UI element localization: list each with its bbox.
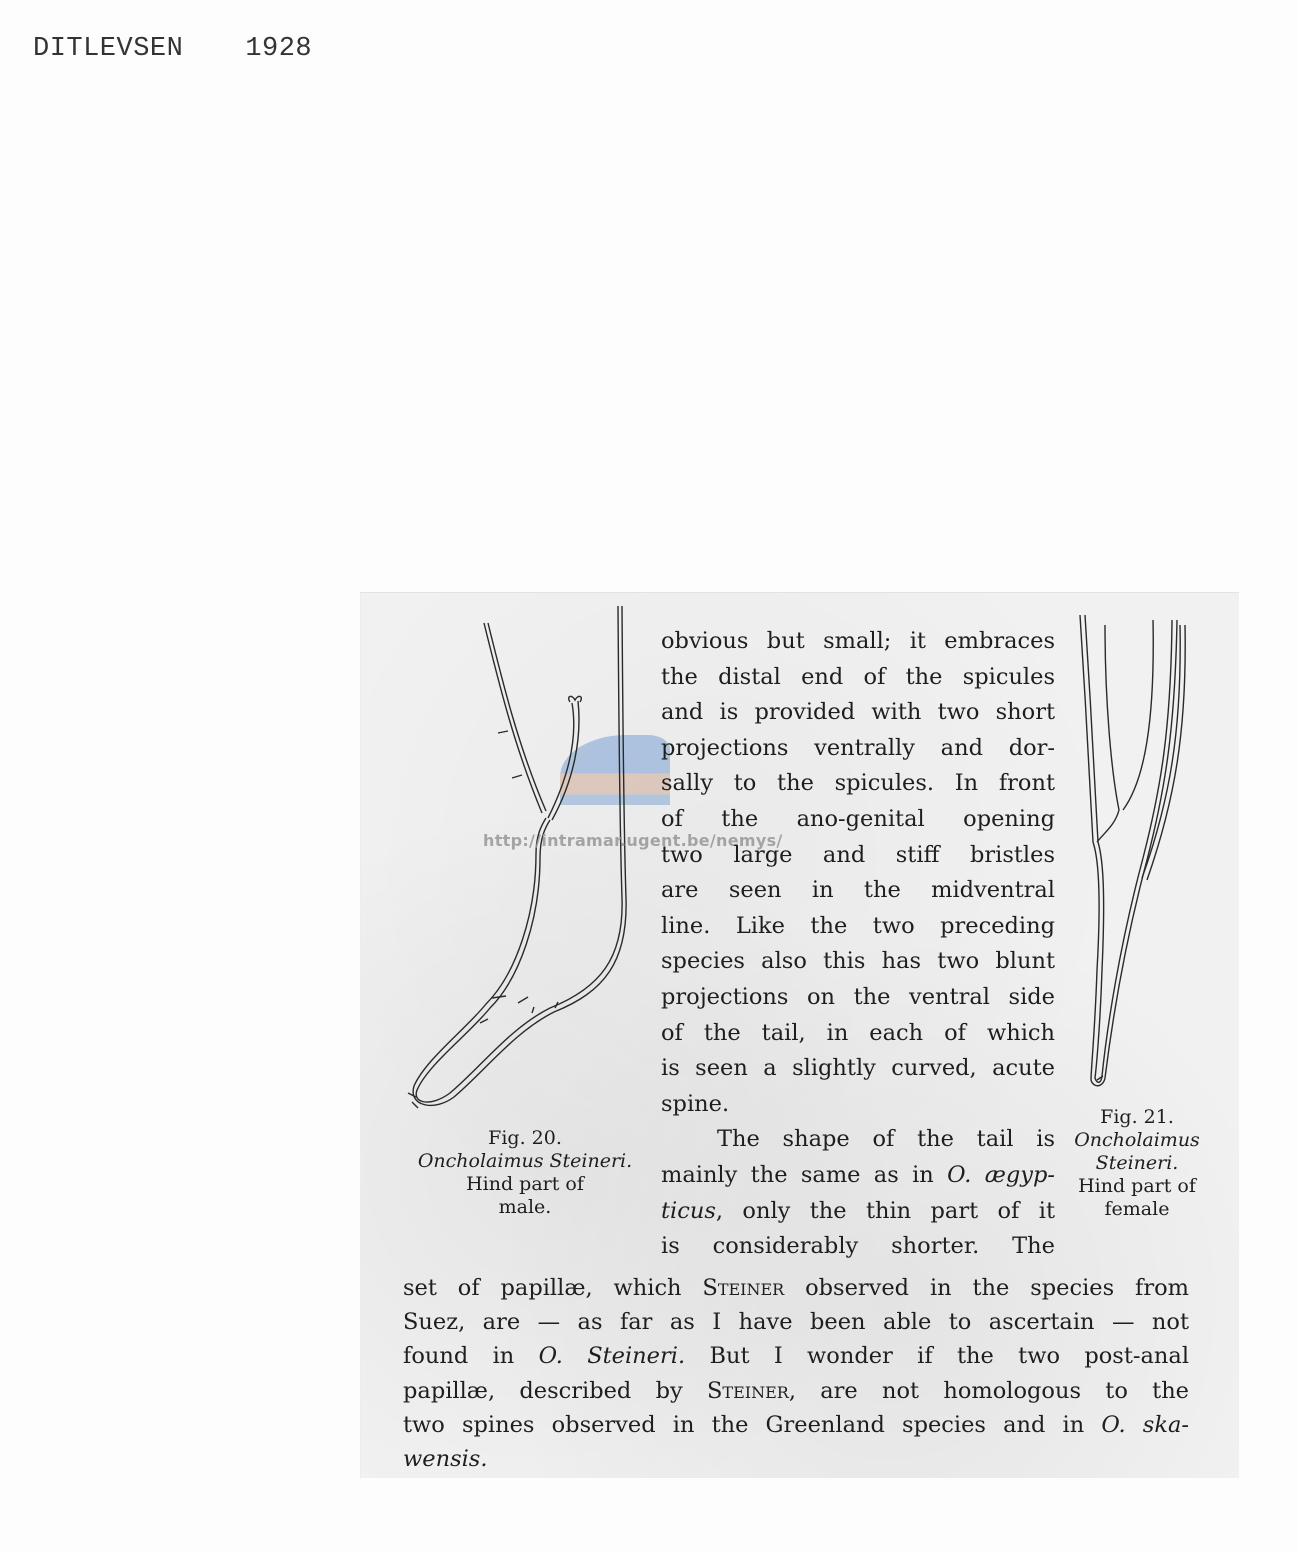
figure-20-drawing xyxy=(400,598,640,1118)
bottom-text: set of papillæ, which Steiner observed i… xyxy=(403,1271,1189,1476)
text-line: projections on the ventral side xyxy=(661,980,1055,1016)
text-line: obvious but small; it embraces xyxy=(661,624,1055,660)
column-text: obvious but small; it embraces the dista… xyxy=(661,624,1055,1265)
text-line: mainly the same as in O. ægyp- xyxy=(661,1158,1055,1194)
figure-20-caption: Fig. 20. Oncholaimus Steineri. Hind part… xyxy=(405,1127,645,1219)
text-line: projections ventrally and dor- xyxy=(661,731,1055,767)
figure-genus: Oncholaimus xyxy=(1062,1129,1212,1152)
text-line: ticus, only the thin part of it xyxy=(661,1194,1055,1230)
text-line: Suez, are — as far as I have been able t… xyxy=(403,1305,1189,1339)
species-name: ticus xyxy=(661,1198,716,1224)
text-line: of the tail, in each of which xyxy=(661,1016,1055,1052)
text-line: is considerably shorter. The xyxy=(661,1229,1055,1265)
figure-description: male. xyxy=(405,1196,645,1219)
text-line: wensis. xyxy=(403,1442,1189,1476)
text-line: two large and stiff bristles xyxy=(661,838,1055,874)
text-line: two spines observed in the Greenland spe… xyxy=(403,1408,1189,1442)
text-span: observed in the species from xyxy=(784,1275,1189,1301)
text-line: line. Like the two preceding xyxy=(661,909,1055,945)
figure-description: Hind part of xyxy=(1062,1175,1212,1198)
text-line: is seen a slightly curved, acute xyxy=(661,1051,1055,1087)
author-name: DITLEVSEN xyxy=(33,34,183,64)
text-line: and is provided with two short xyxy=(661,695,1055,731)
text-line: species also this has two blunt xyxy=(661,944,1055,980)
figure-number: Fig. 20. xyxy=(405,1127,645,1150)
text-line: set of papillæ, which Steiner observed i… xyxy=(403,1271,1189,1305)
figure-description: female xyxy=(1062,1198,1212,1221)
text-line: sally to the spicules. In front xyxy=(661,766,1055,802)
text-span: , only the thin part of it xyxy=(716,1198,1055,1224)
text-line: The shape of the tail is xyxy=(661,1122,1055,1158)
publication-year: 1928 xyxy=(245,34,312,64)
author-name: Steiner xyxy=(702,1275,784,1301)
document-header: DITLEVSEN1928 xyxy=(33,34,312,64)
text-span: , are not homologous to the xyxy=(789,1378,1189,1404)
figure-species: Steineri. xyxy=(1062,1152,1212,1175)
text-line: found in O. Steineri. But I wonder if th… xyxy=(403,1339,1189,1373)
species-name: O. Steineri. xyxy=(539,1343,686,1369)
species-name: O. ska- xyxy=(1101,1412,1189,1438)
text-line: spine. xyxy=(661,1087,1055,1123)
species-name: O. ægyp- xyxy=(947,1162,1055,1188)
figure-description: Hind part of xyxy=(405,1173,645,1196)
figure-species: Oncholaimus Steineri. xyxy=(405,1150,645,1173)
text-span: found in xyxy=(403,1343,539,1369)
text-line: papillæ, described by Steiner, are not h… xyxy=(403,1374,1189,1408)
text-line: the distal end of the spicules xyxy=(661,660,1055,696)
author-name: Steiner xyxy=(707,1378,789,1404)
species-name: wensis. xyxy=(403,1446,488,1472)
text-span: mainly the same as in xyxy=(661,1162,947,1188)
figure-21-drawing xyxy=(1075,610,1205,1095)
text-line: of the ano-genital opening xyxy=(661,802,1055,838)
text-line: are seen in the midventral xyxy=(661,873,1055,909)
text-span: papillæ, described by xyxy=(403,1378,707,1404)
figure-21-caption: Fig. 21. Oncholaimus Steineri. Hind part… xyxy=(1062,1106,1212,1221)
text-span: two spines observed in the Greenland spe… xyxy=(403,1412,1101,1438)
figure-number: Fig. 21. xyxy=(1062,1106,1212,1129)
text-span: But I wonder if the two post-anal xyxy=(685,1343,1189,1369)
text-span: set of papillæ, which xyxy=(403,1275,702,1301)
